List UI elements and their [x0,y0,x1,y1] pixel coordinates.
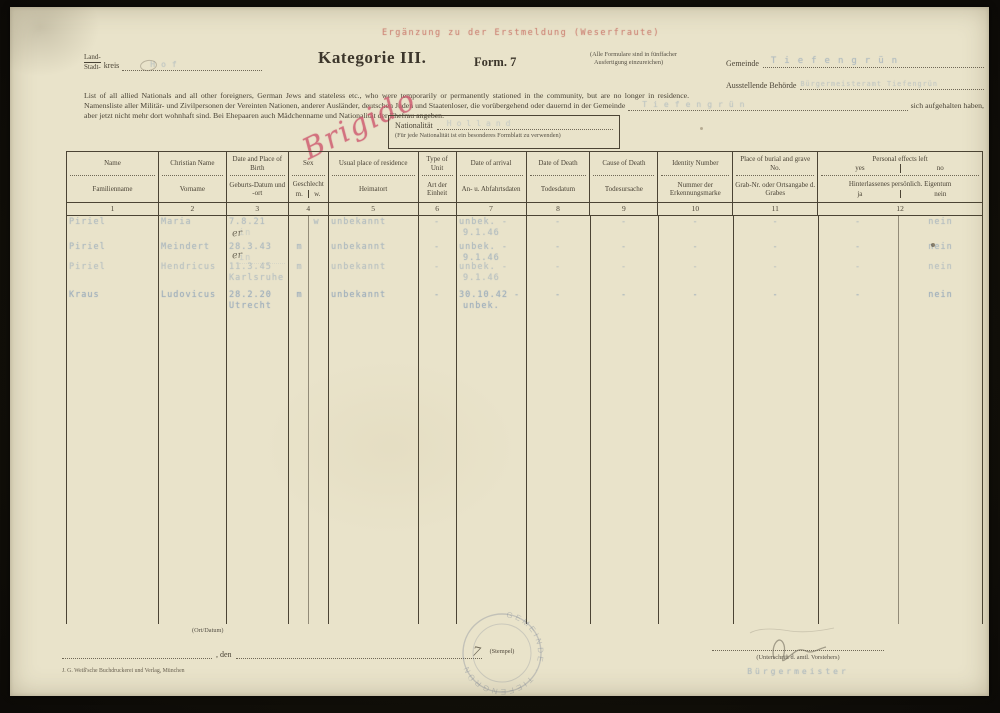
column-header: Cause of DeathTodesursache [590,152,658,202]
printer-imprint: J. G. Weiß'sche Buchdruckerei und Verlag… [62,668,185,674]
column-number: 2 [159,203,227,215]
table-cell: - [526,261,590,284]
column-number: 1 [67,203,159,215]
table-cell: unbek. -9.1.46 [456,261,526,284]
copies-note-line2: Ausfertigung einzureichen) [590,59,710,67]
table-row: PirielHendricus11.3.45Karlsruhemunbekann… [66,261,983,284]
column-number: 7 [457,203,527,215]
birth-date: 28.2.20 [229,290,285,301]
date-line: , den 7 [62,648,482,659]
column-header: Identity NumberNummer der Erkennungsmark… [658,152,733,202]
stempel-label: (Stempel) [462,648,542,656]
column-header-de: Geburts-Datum und -ort [227,176,288,202]
nationality-note: (Für jede Nationalität ist ein besondere… [395,132,613,140]
table-cell: - [526,216,590,239]
form-number: Form. 7 [474,55,516,70]
behoerde-field: Ausstellende Behörde Bürgermeisteramt Ti… [726,78,984,90]
column-header-de-label: Geburts-Datum und -ort [229,181,286,198]
sex-m-subcell: m [291,290,308,311]
table-cell: Maria [158,216,226,239]
unterschrift-label: (Unterschrift d. amtl. Vorstehers) [712,654,884,662]
column-header: Date and Place of BirthGeburts-Datum und… [227,152,289,202]
table-cell: m [288,261,328,284]
nationality-box: Nationalität Holland (Für jede Nationali… [388,115,620,149]
column-header-de-label: Geschlecht [291,180,326,189]
column-header-en-label: Date of arrival [459,159,524,168]
intro-line1: List of all allied Nationals and all oth… [84,91,984,101]
column-header-en: Sex [289,152,328,175]
column-header-en-label: Place of burial and grave No. [735,155,815,172]
arrival-line1: unbek. - [459,242,523,253]
column-header: Place of burial and grave No.Grab-Nr. od… [733,152,818,202]
column-header-de: Todesdatum [527,176,590,202]
table-cell: - [658,216,733,239]
column-header-de-label: Hinterlassenes persönlich. Eigentum [820,180,980,189]
table-cell: - [658,289,733,312]
gemeinde-field: Gemeinde Tiefengrün [726,56,984,68]
behoerde-typed-value: Bürgermeisteramt Tiefengrün [800,80,938,88]
land-label: Land- [84,53,101,63]
column-header-en: Place of burial and grave No. [733,152,817,175]
table-cell: 30.10.42 -unbek. [456,289,526,312]
table-cell: Hendricus [158,261,226,284]
copies-note: (Alle Formulare sind in fünffacher Ausfe… [590,51,710,66]
column-header-en-label: Name [69,159,156,168]
column-header-en: Christian Name [159,152,226,175]
column-number: 12 [818,203,983,215]
arrival-line2: unbek. [463,301,523,312]
table-cell: - [733,216,818,239]
column-header: SexGeschlechtm.w. [289,152,329,202]
table-cell: nein [898,216,983,239]
table-cell: Piriel [66,261,158,284]
column-header-en: Date of arrival [457,152,526,175]
intro-gemeinde-typed: Tiefengrün [642,100,750,110]
table-cell: unbekannt [328,289,418,312]
table-cell: - [590,216,658,239]
column-header-en: Personal effects leftyesno [818,152,982,175]
table-cell: 11.3.45Karlsruhe [226,261,288,284]
paper: Ergänzung zu der Erstmeldung (Weserfraut… [10,7,989,696]
sex-m-subcell: m [291,262,308,283]
gemeinde-label: Gemeinde [726,59,759,68]
birth-date: 11.3.45 [229,262,285,273]
column-number: 9 [590,203,658,215]
column-number: 6 [419,203,457,215]
column-header-de: An- u. Abfahrtsdaten [457,176,526,202]
table-cell: - [733,289,818,312]
birth-place: in [239,228,285,239]
column-header-de: Hinterlassenes persönlich. Eigentumjanei… [818,176,982,202]
sex-m-subcell [291,217,308,238]
paper-speck [700,127,703,130]
table-cell: - [418,216,456,239]
arrival-line2: 9.1.46 [463,273,523,284]
buergermeister-typed: Bürgermeister [712,667,884,676]
copies-note-line1: (Alle Formulare sind in fünffacher [590,51,710,59]
sex-w-subcell: w [308,217,325,238]
column-number: 11 [733,203,818,215]
pencil-annotation: er [232,228,243,240]
birth-place: Utrecht [229,301,285,312]
column-header-en-label: Christian Name [161,159,224,168]
column-header-de: Geschlechtm.w. [289,176,328,202]
table-cell: unbekannt [328,216,418,239]
column-header-de-label: Nummer der Erkennungsmarke [660,181,730,198]
column-header-de: Vorname [159,176,226,202]
column-header: Date of arrivalAn- u. Abfahrtsdaten [457,152,527,202]
column-number: 8 [527,203,591,215]
den-label: , den [216,650,232,659]
table-cell: - [418,289,456,312]
column-header-en: Usual place of residence [329,152,418,175]
form-title: Kategorie III. [318,48,427,68]
kreis-block: Land- Stadt- kreis Hof [84,53,314,71]
ja-label: ja [820,190,899,199]
column-header: Date of DeathTodesdatum [527,152,591,202]
column-header: NameFamilienname [67,152,159,202]
table-cell: - [733,261,818,284]
column-header-de-label: Grab-Nr. oder Ortsangabe d. Grabes [735,181,815,198]
column-header-de-label: An- u. Abfahrtsdaten [459,185,524,194]
column-header: Personal effects leftyesnoHinterlassenes… [818,152,983,202]
table-cell: nein [898,289,983,312]
signature-line [712,649,884,651]
column-header-en: Date and Place of Birth [227,152,288,175]
table-cell: unbek. -9.1.46 [456,216,526,239]
table-cell: - [590,289,658,312]
sex-w-subcell [308,290,325,311]
nationality-label: Nationalität [395,121,433,130]
table-cell: Piriel [66,216,158,239]
column-header-en-label: Usual place of residence [331,159,416,168]
table-cell: - [818,261,898,284]
column-header-de-label: Heimatort [331,185,416,194]
kreis-line: Hof [122,59,262,71]
birth-place: Karlsruhe [229,273,285,284]
table-cell: - [818,216,898,239]
ort-datum-label: (Ort/Datum) [192,627,223,635]
table-cell: 28.2.20Utrecht [226,289,288,312]
column-header: Type of UnitArt der Einheit [419,152,457,202]
arrival-line1: 30.10.42 - [459,290,523,301]
arrival-line1: unbek. - [459,217,523,228]
table-cell: - [658,261,733,284]
table-cell: - [526,289,590,312]
column-header-en: Cause of Death [590,152,657,175]
column-number: 5 [329,203,419,215]
table-cell: nein [898,261,983,284]
column-header-en-label: Date of Death [529,159,588,168]
arrival-line2: 9.1.46 [463,228,523,239]
header-row-numbers: 123456789101112 [67,202,983,215]
behoerde-label: Ausstellende Behörde [726,81,796,90]
column-header-de: Familienname [67,176,158,202]
column-header-en-sub: yesno [820,164,980,173]
column-header-de: Todesursache [590,176,657,202]
handwritten-signature [722,619,882,671]
column-header-en-label: Identity Number [660,159,730,168]
table-body: PirielMaria7.8.21inwunbekannt-unbek. -9.… [66,216,983,624]
table-row: KrausLudovicus28.2.20Utrechtmunbekannt-3… [66,289,983,312]
intro-line2-tail: sich aufgehalten haben, [911,101,984,111]
kreis-label: kreis [104,61,120,70]
column-header-de: Art der Einheit [419,176,456,202]
column-header: Christian NameVorname [159,152,227,202]
table-cell: unbekannt [328,261,418,284]
stadt-label: Stadt- [84,63,101,71]
nationality-typed-value: Holland [447,119,516,128]
column-header-de-label: Todesursache [592,185,655,194]
column-header: Usual place of residenceHeimatort [329,152,419,202]
column-header-en: Identity Number [658,152,732,175]
table-cell: w [288,216,328,239]
yes-label: yes [820,164,899,173]
column-header-de: Heimatort [329,176,418,202]
column-header-de-sub: m.w. [291,190,326,199]
ja-label: m. [291,190,308,199]
nein-label: w. [308,190,326,199]
column-header-de-label: Vorname [161,185,224,194]
table-header: NameFamiliennameChristian NameVornameDat… [66,151,983,216]
nein-label: nein [900,190,980,199]
column-header-de: Nummer der Erkennungsmarke [658,176,732,202]
column-header-de-label: Familienname [69,185,156,194]
column-header-en: Date of Death [527,152,590,175]
column-header-de-label: Todesdatum [529,185,588,194]
gemeinde-typed-value: Tiefengrün [771,56,905,66]
column-number: 3 [227,203,289,215]
column-header-de-label: Art der Einheit [421,181,454,198]
table-cell: - [590,261,658,284]
column-number: 10 [658,203,733,215]
column-number: 4 [289,203,329,215]
red-typed-note: Ergänzung zu der Erstmeldung (Weserfraut… [382,28,702,38]
birth-date: 7.8.21 [229,217,285,228]
column-header-de: Grab-Nr. oder Ortsangabe d. Grabes [733,176,817,202]
header-row-en: NameFamiliennameChristian NameVornameDat… [67,152,983,202]
table-cell: - [818,289,898,312]
column-header-en-label: Sex [291,159,326,168]
column-header-en-label: Cause of Death [592,159,655,168]
column-header-de-sub: janein [820,190,980,199]
arrival-line1: unbek. - [459,262,523,273]
column-header-en-label: Personal effects left [820,155,980,164]
table-cell: Kraus [66,289,158,312]
column-header-en: Name [67,152,158,175]
table-cell: - [418,261,456,284]
table-cell: Ludovicus [158,289,226,312]
roster-table: NameFamiliennameChristian NameVornameDat… [66,151,983,624]
pencil-annotation: er [232,250,243,262]
column-header-en-label: Type of Unit [421,155,454,172]
scan-background: Ergänzung zu der Erstmeldung (Weserfraut… [0,0,1000,713]
sex-w-subcell [308,262,325,283]
pencil-circle-mark [140,59,158,72]
table-cell: m [288,289,328,312]
column-header-en: Type of Unit [419,152,456,175]
table-row: PirielMaria7.8.21inwunbekannt-unbek. -9.… [66,216,983,239]
column-header-en-label: Date and Place of Birth [229,155,286,172]
no-label: no [900,164,980,173]
